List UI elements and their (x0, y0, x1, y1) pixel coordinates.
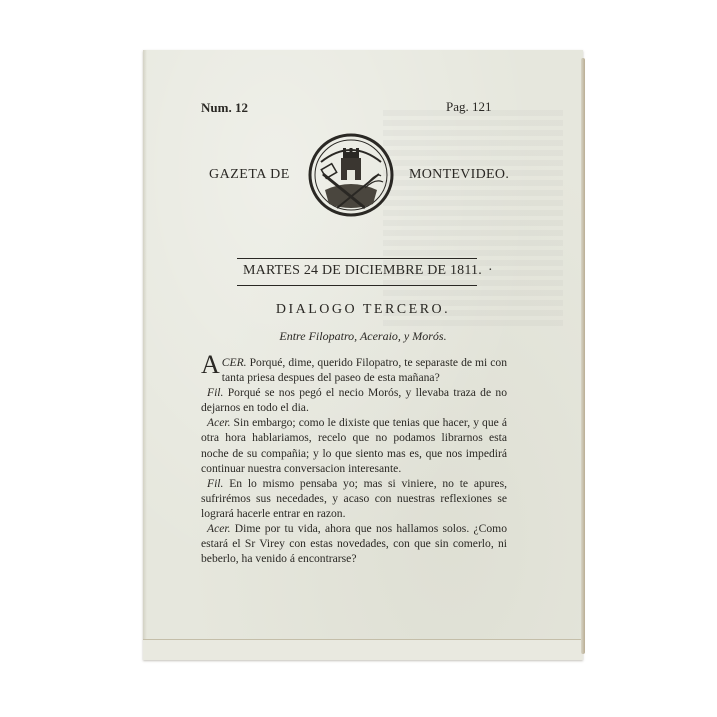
date-mark: · (488, 263, 493, 279)
top-rule (237, 258, 477, 259)
newspaper-page: Num. 12 Pag. 121 GAZETA DE MONTEVIDEO. M… (143, 50, 583, 660)
speaker-name: Fil. (207, 386, 223, 399)
dialogue-paragraph: Fil. En lo mismo pensaba yo; mas si vini… (201, 476, 507, 521)
dialogue-text: Dime por tu vida, ahora que nos hallamos… (201, 522, 507, 565)
issue-date: MARTES 24 DE DICIEMBRE DE 1811. (243, 263, 482, 279)
article-title: DIALOGO TERCERO. (143, 302, 583, 318)
speaker-name: Fil. (207, 477, 223, 490)
masthead-right: MONTEVIDEO. (409, 167, 509, 183)
castle-coat-of-arms-icon (307, 132, 395, 218)
dialogue-text: Porqué, dime, querido Filopatro, te sepa… (222, 356, 507, 384)
drop-cap: A (201, 355, 220, 375)
dialogue-paragraph: Acer. Sin embargo; como le dixiste que t… (201, 415, 507, 475)
speaker-name: CER. (222, 356, 247, 369)
dialogue-paragraph: Fil. Porqué se nos pegó el necio Morós, … (201, 385, 507, 415)
dialogue-paragraph: ACER. Porqué, dime, querido Filopatro, t… (201, 355, 507, 385)
dialogue-paragraph: Acer. Dime por tu vida, ahora que nos ha… (201, 521, 507, 566)
dialogue-text: Porqué se nos pegó el necio Morós, y lle… (201, 386, 507, 414)
issue-number: Num. 12 (201, 100, 248, 116)
page-number: Pag. 121 (446, 99, 492, 115)
masthead-left: GAZETA DE (209, 167, 290, 183)
dialogue-body: ACER. Porqué, dime, querido Filopatro, t… (201, 355, 507, 566)
speaker-name: Acer. (207, 522, 231, 535)
dialogue-text: En lo mismo pensaba yo; mas si viniere, … (201, 477, 507, 520)
show-through-text (383, 110, 563, 330)
article-subtitle: Entre Filopatro, Aceraio, y Morós. (143, 329, 583, 344)
dialogue-text: Sin embargo; como le dixiste que tenias … (201, 416, 507, 474)
bottom-rule (237, 285, 477, 286)
speaker-name: Acer. (207, 416, 231, 429)
folded-bottom-edge (143, 639, 583, 660)
